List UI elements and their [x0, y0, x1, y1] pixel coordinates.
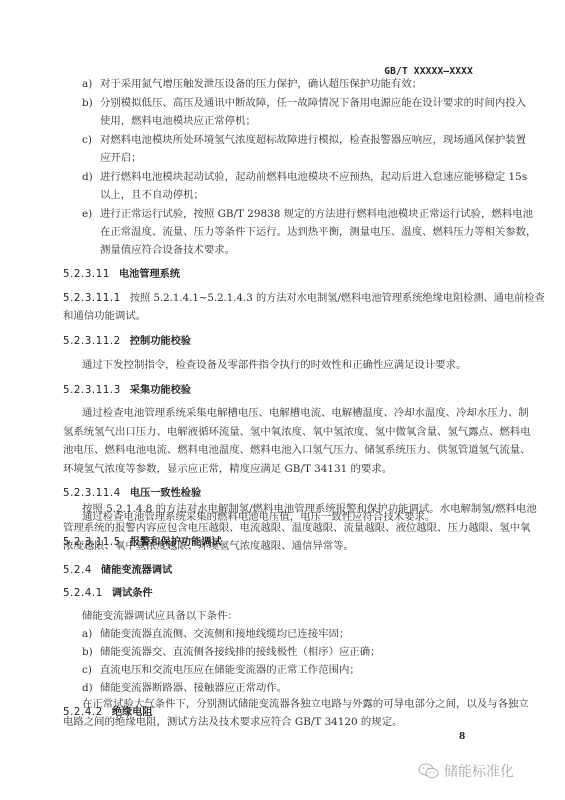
list-text: 进行正常运行试验，按照 GB/T 29838 规定的方法进行燃料电池模块正常运行… [100, 208, 533, 221]
list-text: 储能变流器断路器、接触器应正常动作。 [100, 682, 287, 695]
list-text: 测量值应符合设备技术要求。 [100, 244, 235, 257]
watermark: 储能标准化 [418, 761, 514, 781]
paragraph-line: 氢系统氢气出口压力、电解液循环流量、氢中氧浓度、氧中氢浓度、氢中微氧含量、氢气露… [63, 426, 531, 439]
paragraph-line: 浓度越限、氧中氢浓度越限、环境氢气浓度越限、通信异常等。 [63, 540, 354, 553]
section-number: 5.2.3.11.3 [63, 385, 121, 396]
paragraph-line: 通过检查电池管理系统采集电解槽电压、电解槽电流、电解槽温度、冷却水温度、冷却水压… [82, 407, 529, 420]
section-number: 5.2.3.11.1 [63, 293, 121, 304]
paragraph-line: 池电压、燃料电池电流、燃料电池温度、燃料电池入口氢气压力、储氢系统压力、供氢管道… [63, 444, 531, 457]
list-text: 直流电压和交流电压应在储能变流器的正常工作范围内； [100, 664, 360, 677]
section-number: 5.2.3.11 [63, 269, 110, 280]
paragraph-line: 在正常试验大气条件下，分别测试储能变流器各独立电路与外露的可导电部分之间，以及与… [82, 698, 529, 711]
section-heading-5-2-3-11: 5.2.3.11电池管理系统 [63, 268, 180, 281]
section-title: 控制功能校验 [130, 336, 191, 347]
wechat-icon [418, 763, 440, 779]
list-text: 储能变流器直流侧、交流侧和接地线缆均已连接牢固； [100, 628, 349, 641]
list-text: 对燃料电池模块所处环境氢气浓度超标故障进行模拟，检查报警器应响应，现场通风保护装… [100, 134, 526, 147]
section-heading-5-2-3-11-4: 5.2.3.11.4电压一致性检验 [63, 487, 201, 500]
section-text: 按照 5.2.1.4.1~5.2.1.4.3 的方法对水电制氢/燃料电池管理系统… [130, 293, 545, 304]
section-title: 电压一致性检验 [130, 488, 201, 499]
list-letter: b) [82, 97, 93, 110]
section-title: 调试条件 [112, 588, 153, 599]
section-heading-5-2-3-11-2: 5.2.3.11.2控制功能校验 [63, 335, 191, 348]
paragraph-line: 通过下发控制指令，检查设备及零部件指令执行的时效性和正确性应满足设计要求。 [82, 359, 466, 372]
list-letter: e) [82, 208, 92, 221]
section-heading-5-2-3-11-1: 5.2.3.11.1按照 5.2.1.4.1~5.2.1.4.3 的方法对水电制… [63, 292, 545, 305]
section-title: 电池管理系统 [119, 269, 180, 280]
list-text: 储能变流器交、直流侧各接线排的接线极性（相序）应正确； [100, 646, 381, 659]
paragraph-line: 环境氢气浓度等参数，显示应正常，精度应满足 GB/T 34131 的要求。 [63, 463, 392, 476]
section-title: 采集功能校验 [130, 385, 191, 396]
list-letter: c) [82, 664, 92, 677]
list-letter: d) [82, 171, 93, 184]
section-heading-5-2-4: 5.2.4储能变流器调试 [63, 564, 172, 577]
list-text: 在正常温度、流量、压力等条件下运行。达到热平衡，测量电压、温度、燃料压力等相关参… [100, 226, 536, 239]
list-text: 对于采用氮气增压触发泄压设备的压力保护，确认超压保护功能有效； [100, 78, 422, 91]
paragraph-line: 管理系统的报警内容应包含电压越限、电流越限、温度越限、流量越限、液位越限、压力越… [63, 522, 531, 535]
paragraph-line: 储能变流器调试应具备以下条件： [82, 610, 238, 623]
paragraph-line: 电路之间的绝缘电阻，测试方法及技术要求应符合 GB/T 34120 的规定。 [63, 716, 402, 729]
list-text: 以上，且不自动停机； [100, 189, 204, 202]
list-letter: d) [82, 682, 93, 695]
section-number: 5.2.4 [63, 565, 92, 576]
list-letter: b) [82, 646, 93, 659]
list-text: 应开启； [100, 152, 142, 165]
paragraph-line: 按照 5.2.1.4.8 的方法对水电解制氢/燃料电池管理系统报警和保护功能调试… [82, 503, 537, 516]
list-text: 进行燃料电池模块起动试验，起动前燃料电池模块不应预热，起动后进入怠速应能够稳定 … [100, 171, 527, 184]
watermark-text: 储能标准化 [444, 761, 514, 781]
list-text: 分别模拟低压、高压及通讯中断故障，任一故障情况下备用电源应能在设计要求的时间内投… [100, 97, 526, 110]
page-header-doc-code: GB/T XXXXX—XXXX [384, 66, 473, 77]
list-text: 使用，燃料电池模块应正常停机； [100, 115, 256, 128]
section-number: 5.2.3.11.2 [63, 336, 121, 347]
list-letter: c) [82, 134, 92, 147]
section-text-cont: 和通信功能调试。 [63, 310, 146, 323]
section-heading-5-2-3-11-3: 5.2.3.11.3采集功能校验 [63, 384, 191, 397]
list-letter: a) [82, 628, 92, 641]
list-letter: a) [82, 78, 92, 91]
section-number: 5.2.4.1 [63, 588, 103, 599]
section-heading-5-2-4-1: 5.2.4.1调试条件 [63, 587, 153, 600]
page-number: 8 [459, 732, 465, 742]
section-title: 储能变流器调试 [101, 565, 172, 576]
section-number: 5.2.3.11.4 [63, 488, 121, 499]
